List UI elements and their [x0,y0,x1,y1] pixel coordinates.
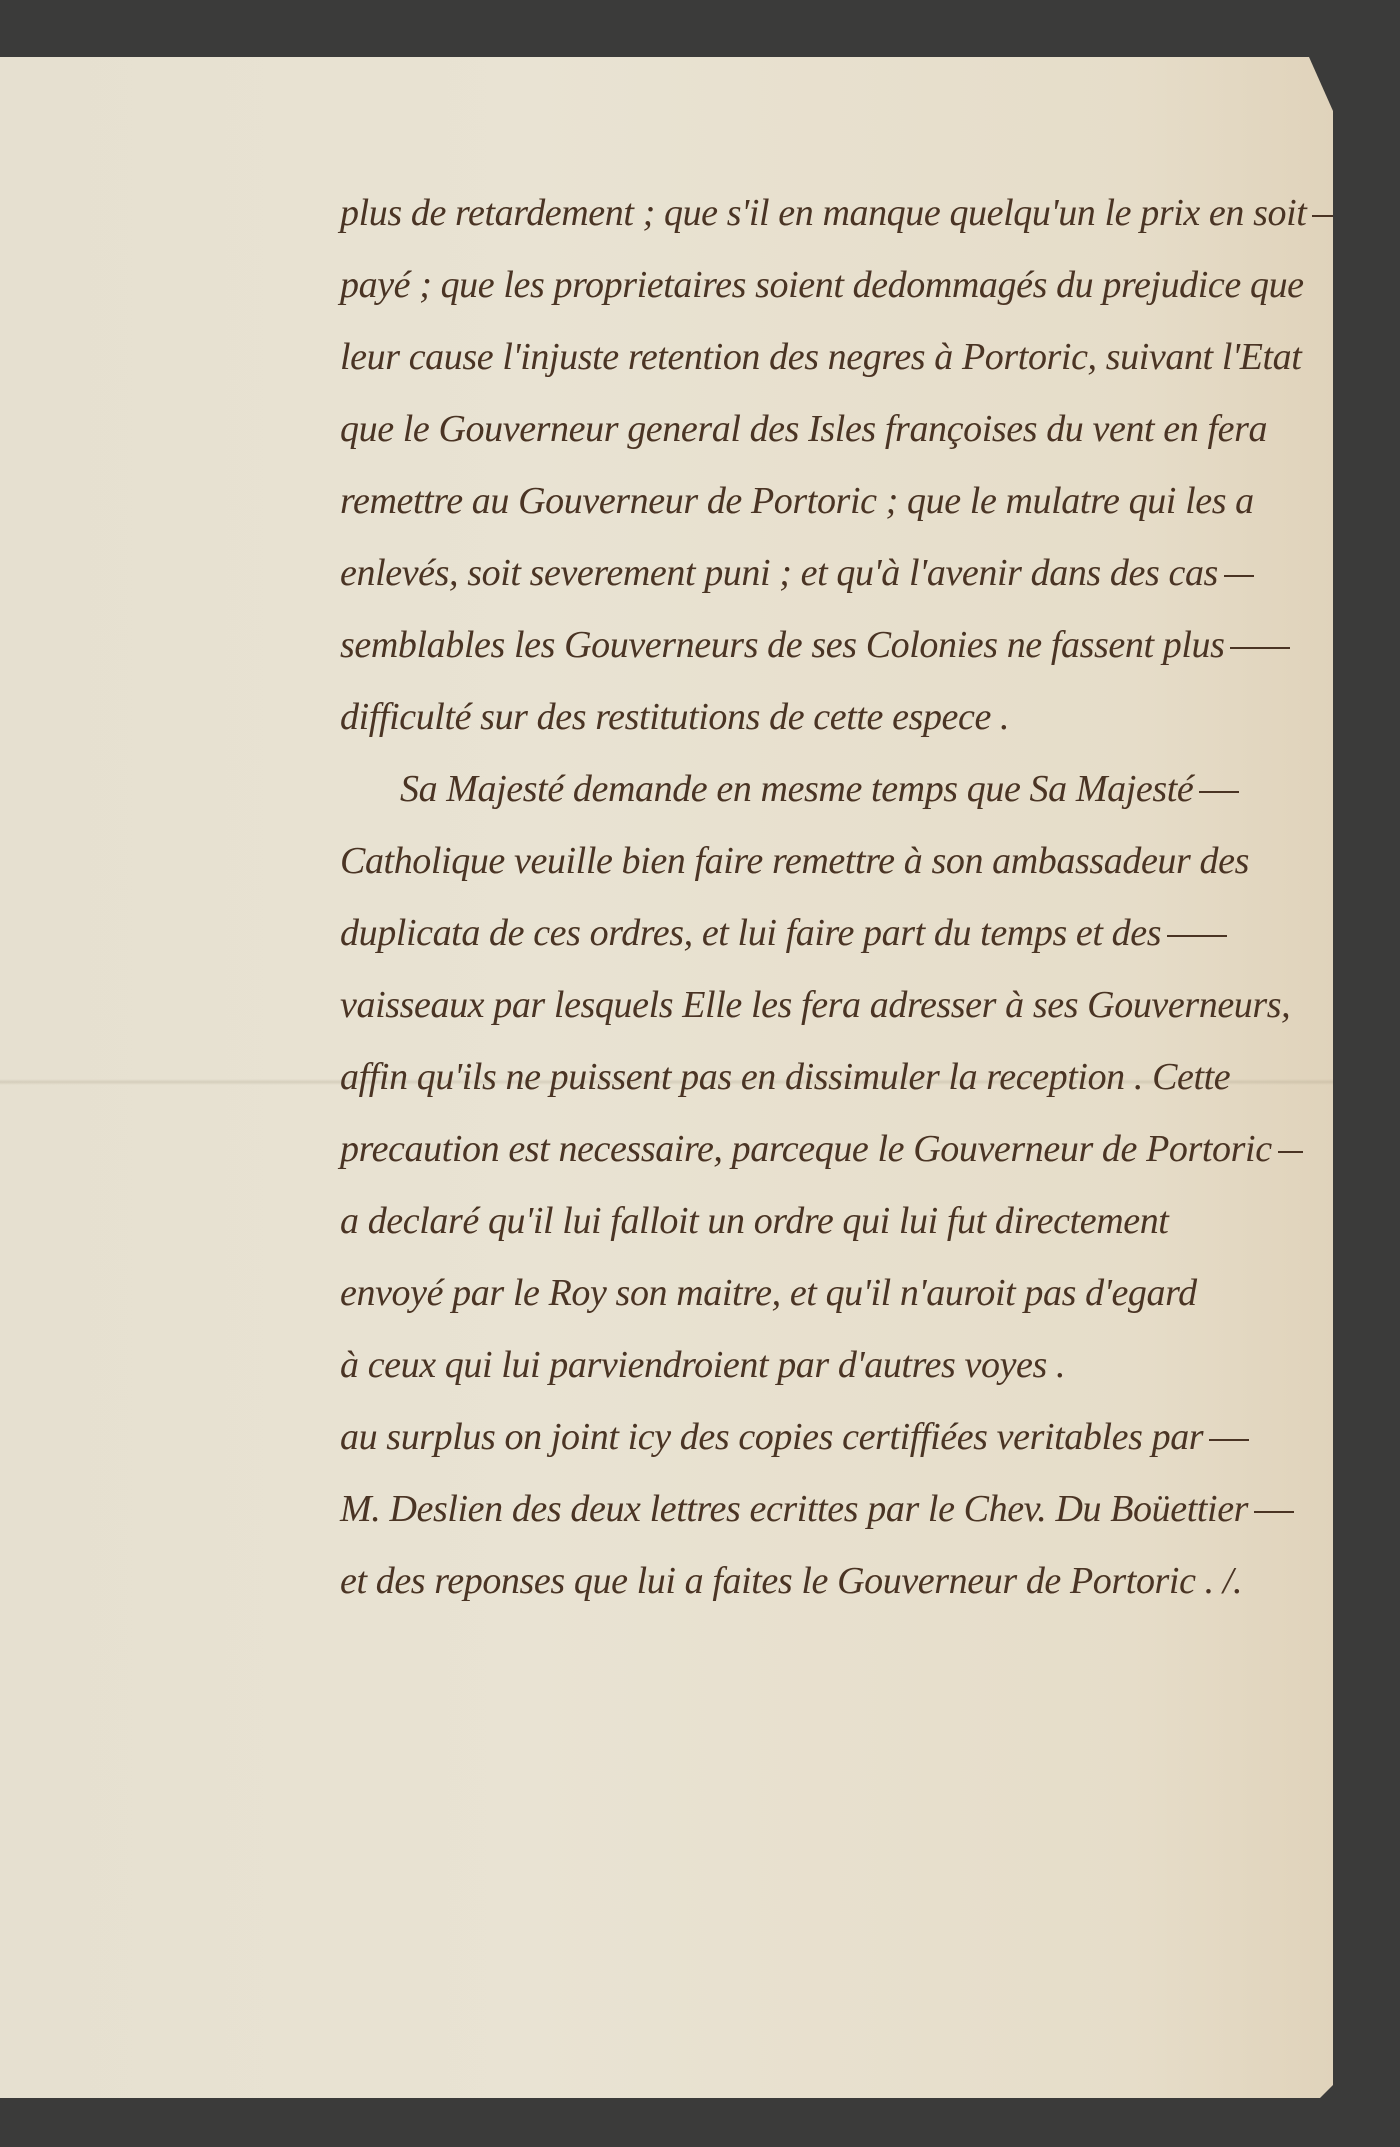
text-line: precaution est necessaire, parceque le G… [340,1113,1320,1185]
text-line: vaisseaux par lesquels Elle les fera adr… [340,969,1320,1041]
text-line: Sa Majesté demande en mesme temps que Sa… [340,753,1320,825]
manuscript-text: plus de retardement ; que s'il en manque… [340,177,1320,1617]
text-line: et des reponses que lui a faites le Gouv… [340,1545,1320,1617]
text-line: leur cause l'injuste retention des negre… [340,321,1320,393]
text-line: payé ; que les proprietaires soient dedo… [340,249,1320,321]
line-filler [1224,575,1254,577]
text-line: que le Gouverneur general des Isles fran… [340,393,1320,465]
text-line: envoyé par le Roy son maitre, et qu'il n… [340,1257,1320,1329]
line-filler [1167,935,1227,937]
text-line: semblables les Gouverneurs de ses Coloni… [340,609,1320,681]
text-line: à ceux qui lui parviendroient par d'autr… [340,1329,1320,1401]
line-filler [1278,1151,1303,1153]
line-filler [1230,647,1290,649]
manuscript-page: plus de retardement ; que s'il en manque… [0,57,1333,2098]
text-line: affin qu'ils ne puissent pas en dissimul… [340,1041,1320,1113]
text-line: Catholique veuille bien faire remettre à… [340,825,1320,897]
line-filler [1209,1439,1249,1441]
text-line: plus de retardement ; que s'il en manque… [340,177,1320,249]
text-line: au surplus on joint icy des copies certi… [340,1401,1320,1473]
text-line: M. Deslien des deux lettres ecrittes par… [340,1473,1320,1545]
text-line: a declaré qu'il lui falloit un ordre qui… [340,1185,1320,1257]
line-filler [1254,1511,1294,1513]
line-filler [1312,215,1342,217]
text-line: remettre au Gouverneur de Portoric ; que… [340,465,1320,537]
line-filler [1199,791,1239,793]
text-line: duplicata de ces ordres, et lui faire pa… [340,897,1320,969]
text-line: difficulté sur des restitutions de cette… [340,681,1320,753]
text-line: enlevés, soit severement puni ; et qu'à … [340,537,1320,609]
